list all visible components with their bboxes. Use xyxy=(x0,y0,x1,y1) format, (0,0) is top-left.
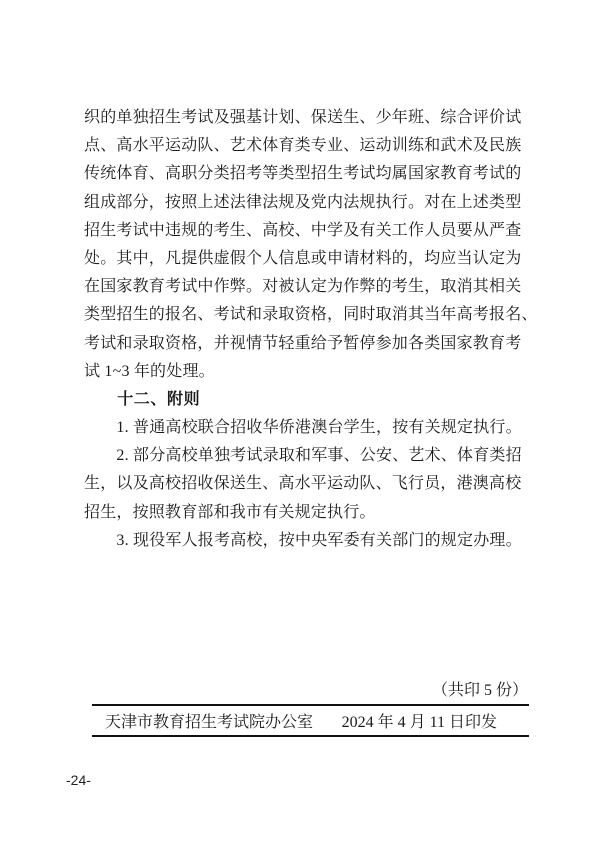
colophon-row: 天津市教育招生考试院办公室 2024 年 4 月 11 日印发 xyxy=(92,706,529,735)
text-line: 生，以及高校招收保送生、高水平运动队、飞行员，港澳高校 xyxy=(84,470,544,498)
text-line: 在国家教育考试中作弊。对被认定为作弊的考生，取消其相关 xyxy=(84,273,544,301)
text-line: 点、高水平运动队、艺术体育类专业、运动训练和武术及民族 xyxy=(84,132,544,160)
body-text-block: 织的单独招生考试及强基计划、保送生、少年班、综合评价试 点、高水平运动队、艺术体… xyxy=(84,104,544,555)
text-line: 织的单独招生考试及强基计划、保送生、少年班、综合评价试 xyxy=(84,104,544,132)
text-line: 处。其中，凡提供虚假个人信息或申请材料的，均应当认定为 xyxy=(84,245,544,273)
text-line: 考试和录取资格，并视情节轻重给予暂停参加各类国家教育考 xyxy=(84,330,544,358)
copies-note: （共印 5 份） xyxy=(84,683,528,699)
colophon-divider-bottom xyxy=(92,735,529,737)
text-line: 2. 部分高校单独考试录取和军事、公安、艺术、体育类招 xyxy=(84,442,544,470)
text-line: 类型招生的报名、考试和录取资格，同时取消其当年高考报名、 xyxy=(84,301,544,329)
print-date: 2024 年 4 月 11 日印发 xyxy=(342,709,497,732)
text-line: 十二、附则 xyxy=(84,386,544,414)
text-line: 试 1~3 年的处理。 xyxy=(84,358,544,386)
text-line: 招生考试中违规的考生、高校、中学及有关工作人员要从严查 xyxy=(84,217,544,245)
text-line: 1. 普通高校联合招收华侨港澳台学生，按有关规定执行。 xyxy=(84,414,544,442)
text-line: 组成部分，按照上述法律法规及党内法规执行。对在上述类型 xyxy=(84,189,544,217)
text-line: 招生，按照教育部和我市有关规定执行。 xyxy=(84,499,544,527)
text-line: 3. 现役军人报考高校，按中央军委有关部门的规定办理。 xyxy=(84,527,544,555)
issuer-name: 天津市教育招生考试院办公室 xyxy=(105,709,313,732)
document-page: 织的单独招生考试及强基计划、保送生、少年班、综合评价试 点、高水平运动队、艺术体… xyxy=(0,0,595,842)
page-number: -24- xyxy=(66,772,91,788)
text-line: 传统体育、高职分类招考等类型招生考试均属国家教育考试的 xyxy=(84,160,544,188)
